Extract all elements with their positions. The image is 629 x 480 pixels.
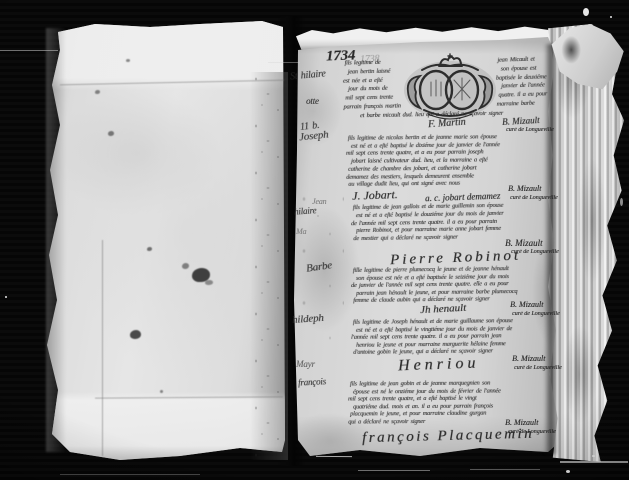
margin-note: Ma <box>296 227 306 236</box>
ink-stain <box>182 263 189 269</box>
priest-title: curé de Longueville <box>506 127 554 133</box>
margin-note: hilaire <box>294 205 317 217</box>
dust-speck <box>620 198 623 206</box>
scratch-line <box>316 456 352 457</box>
signature-priest: B. Mizault <box>512 354 545 363</box>
dust-speck <box>592 455 595 457</box>
dust-speck <box>566 470 570 473</box>
margin-note: hildeph <box>292 312 324 326</box>
handwritten-line: marraine barbe <box>497 99 548 109</box>
scratch-line <box>560 461 628 463</box>
ink-stain <box>160 390 163 393</box>
left-page-mold-speckle <box>250 72 288 460</box>
baptism-entry-1-right-column: jean Micault etson épouse estbaptisée le… <box>497 55 547 109</box>
fold-crease <box>102 240 103 456</box>
handwritten-line: placquemin le jeune, et pour marraine cl… <box>350 409 501 418</box>
priest-title: curé de Longueville <box>512 311 560 317</box>
ink-stain <box>126 59 130 62</box>
dust-speck <box>610 16 612 18</box>
scratch-line <box>358 470 430 471</box>
signature-priest: B. Mizault <box>508 184 541 193</box>
baptism-entry-2: fils legitime de nicolas bertin et de je… <box>348 133 500 189</box>
margin-note: françois <box>298 376 326 387</box>
register-photograph: 1734 1738 St hilaire otte 11 b. Joseph J… <box>0 0 629 480</box>
left-page-torn-edge <box>46 28 66 452</box>
signature-henault: Jh henault <box>420 302 467 316</box>
ink-stain <box>95 90 100 94</box>
ink-stain <box>130 330 141 339</box>
priest-title: curé de Longueville <box>514 365 562 371</box>
fore-edge-page-stack <box>548 24 628 462</box>
signature-henriou: Henriou <box>398 355 480 376</box>
scratch-line <box>268 62 300 63</box>
signature-jobart: J. Jobart. <box>352 187 398 204</box>
signature-priest: B. Mizault <box>505 238 543 248</box>
handwritten-line: qui a déclaré ne sçavoir signer <box>348 417 501 426</box>
baptism-entry-3: fils legitime de jean gallois et de mari… <box>353 202 504 243</box>
baptism-entry-5: fils legitime de Joseph hénault et de ma… <box>353 317 513 357</box>
margin-note: otte <box>306 96 319 106</box>
ink-stain <box>108 131 114 136</box>
signature-priest: B. Mizault <box>502 115 540 127</box>
ink-stain <box>205 280 213 285</box>
baptism-entry-1-left-column: fils legitime dejean bertin laisnéest né… <box>344 58 400 112</box>
priest-title: curé de Longueville <box>510 195 558 201</box>
ink-stain <box>147 247 152 251</box>
scratch-line <box>0 50 58 51</box>
baptism-entry-4: fille legitime de pierre plumecocq le je… <box>353 265 518 305</box>
scratch-line <box>60 474 200 475</box>
dust-speck <box>583 8 589 16</box>
margin-note: Mayr <box>296 359 315 369</box>
scratch-line <box>470 469 540 470</box>
signature-priest: B. Mizault <box>510 300 543 309</box>
baptism-entry-6: fils legitime de jean gobin et de jeanne… <box>350 379 501 425</box>
dust-speck <box>5 296 7 298</box>
